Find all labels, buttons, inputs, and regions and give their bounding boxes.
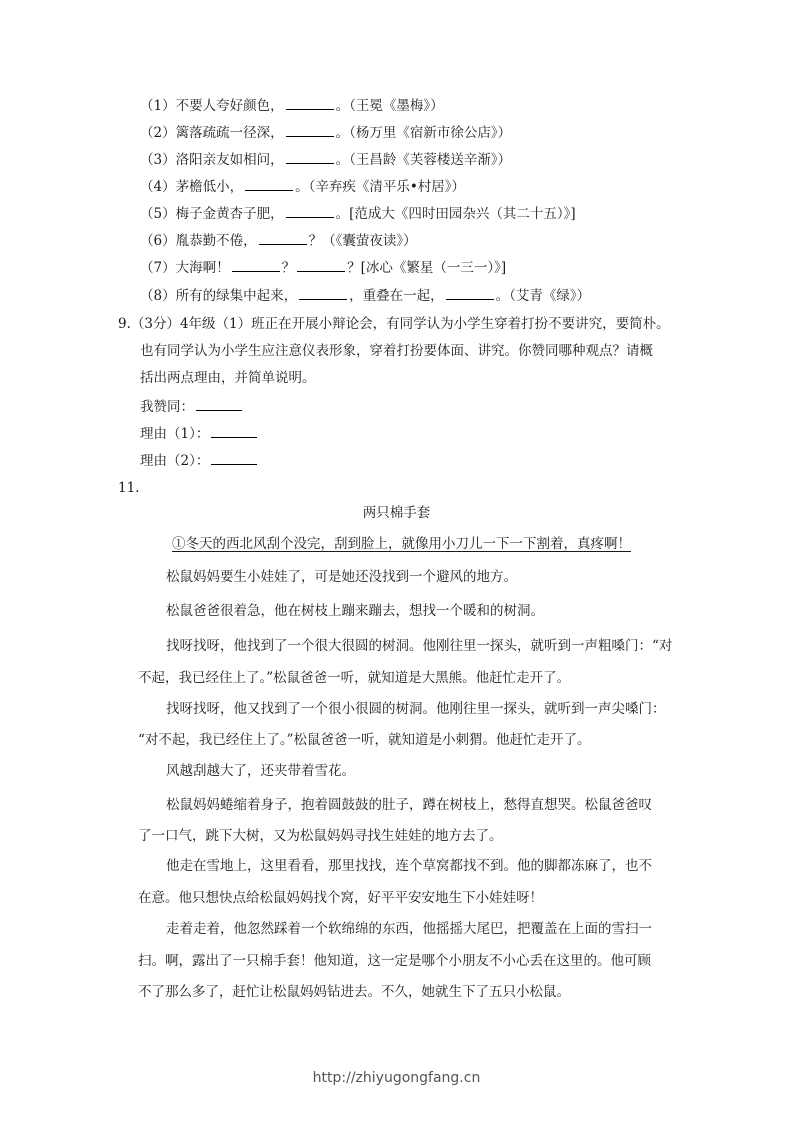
item-prompt: 大海啊！: [176, 260, 230, 276]
q9-reason2: 理由（2）：: [140, 450, 259, 471]
item-source: 。（辛弃疾《清平乐•村居》）: [295, 179, 465, 195]
passage-line-14: 扫。啊，露出了一只棉手套！他知道，这一定是哪个小朋友不小心丢在这里的。他可顾: [138, 951, 651, 971]
item-source: 。（王冕《墨梅》）: [336, 98, 444, 114]
q8-item-2: （2）篱落疏疏一径深，。（杨万里《宿新市徐公店》）: [140, 122, 511, 143]
item-prompt: 梅子金黄杏子肥，: [176, 206, 284, 222]
answer-blank[interactable]: [232, 257, 280, 272]
reason1-label: 理由（1）：: [140, 426, 209, 442]
item-number: （8）: [140, 288, 176, 304]
item-source: 。（王昌龄《芙蓉楼送辛渐》）: [336, 152, 512, 168]
item-mid: ，重叠在一起，: [349, 288, 444, 304]
q9-reason1: 理由（1）：: [140, 423, 259, 444]
item-number: （4）: [140, 179, 176, 195]
q8-item-4: （4）茅檐低小，。（辛弃疾《清平乐•村居》）: [140, 176, 465, 197]
passage-line-12: 在意。他只想快点给松鼠妈妈找个窝，好平平安安地生下小娃娃呀！: [138, 888, 543, 908]
q8-item-6: （6）胤恭勤不倦，？（《囊萤夜读》）: [140, 230, 417, 251]
passage-line-9: 松鼠妈妈蜷缩着身子，抱着圆鼓鼓的肚子，蹲在树枝上，愁得直想哭。松鼠爸爸叹: [166, 795, 652, 815]
q8-item-5: （5）梅子金黄杏子肥，。[范成大《四时田园杂兴（其二十五）》]: [140, 203, 576, 224]
q9-text-line1: 9.（3分）4年级（1）班正在开展小辩论会，有同学认为小学生穿着打扮不要讲究，要…: [118, 314, 670, 334]
passage-line-13: 走着走着，他忽然踩着一个软绵绵的东西，他摇摇大尾巴，把覆盖在上面的雪扫一: [166, 919, 652, 939]
passage-line-11: 他走在雪地上，这里看看，那里找找，连个草窝都找不到。他的脚都冻麻了，也不: [166, 856, 652, 876]
item-prompt: 不要人夸好颜色，: [176, 98, 284, 114]
passage-line-8: 风越刮越大了，还夹带着雪花。: [166, 761, 355, 781]
answer-blank[interactable]: [297, 257, 345, 272]
item-source: 。（杨万里《宿新市徐公店》）: [336, 125, 512, 141]
answer-blank[interactable]: [286, 203, 334, 218]
item-number: （5）: [140, 206, 176, 222]
passage-line-7: “对不起，我已经住上了。”松鼠爸爸一听，就知道是小刺猬。他赶忙走开了。: [138, 730, 591, 750]
answer-blank[interactable]: [286, 95, 334, 110]
footer-url: http://zhiyugongfang.cn: [0, 1070, 793, 1086]
answer-blank[interactable]: [286, 122, 334, 137]
item-punct: ？: [282, 260, 296, 276]
answer-blank[interactable]: [245, 176, 293, 191]
passage-title: 两只棉手套: [0, 503, 793, 523]
passage-line-15: 不了那么多了，赶忙让松鼠妈妈钻进去。不久，她就生下了五只小松鼠。: [138, 982, 570, 1002]
reason2-label: 理由（2）：: [140, 453, 209, 469]
answer-blank[interactable]: [259, 230, 307, 245]
q8-item-7: （7）大海啊！？？[冰心《繁星（一三一）》]: [140, 257, 506, 278]
passage-line-5: 不起，我已经住上了。”松鼠爸爸一听，就知道是大黑熊。他赶忙走开了。: [138, 668, 570, 688]
item-source: 。[范成大《四时田园杂兴（其二十五）》]: [336, 206, 576, 222]
item-source: ？（《囊萤夜读》）: [309, 233, 417, 249]
passage-line-10: 了一口气，跳下大树，又为松鼠妈妈寻找生娃娃的地方去了。: [138, 826, 503, 846]
reason2-blank[interactable]: [211, 450, 257, 465]
agree-blank[interactable]: [196, 396, 242, 411]
agree-label: 我赞同：: [140, 399, 194, 415]
q9-text-line3: 括出两点理由，并简单说明。: [140, 368, 316, 388]
item-number: （7）: [140, 260, 176, 276]
item-prompt: 篱落疏疏一径深，: [176, 125, 284, 141]
passage-line-2: 松鼠妈妈要生小娃娃了，可是她还没找到一个避风的地方。: [166, 567, 517, 587]
q8-item-8: （8）所有的绿集中起来，，重叠在一起，。（艾青《绿》）: [140, 285, 590, 306]
passage-line-1: ①冬天的西北风刮个没完，刮到脸上，就像用小刀儿一下一下割着，真疼啊！: [172, 534, 631, 554]
item-number: （1）: [140, 98, 176, 114]
reason1-blank[interactable]: [211, 423, 257, 438]
item-number: （2）: [140, 125, 176, 141]
passage-line-6: 找呀找呀，他又找到了一个很小很圆的树洞。他刚往里一探头，就听到一声尖嗓门：: [166, 699, 666, 719]
item-prompt: 所有的绿集中起来，: [176, 288, 298, 304]
q9-agree: 我赞同：: [140, 396, 244, 417]
item-source: 。（艾青《绿》）: [496, 288, 591, 304]
answer-blank[interactable]: [299, 285, 347, 300]
q8-item-1: （1）不要人夸好颜色，。（王冕《墨梅》）: [140, 95, 444, 116]
item-source: ？[冰心《繁星（一三一）》]: [347, 260, 506, 276]
passage-line-3: 松鼠爸爸很着急，他在树枝上蹦来蹦去，想找一个暖和的树洞。: [166, 601, 544, 621]
q8-item-3: （3）洛阳亲友如相问，。（王昌龄《芙蓉楼送辛渐》）: [140, 149, 511, 170]
answer-blank[interactable]: [286, 149, 334, 164]
q9-text-line2: 也有同学认为小学生应注意仪表形象，穿着打扮要体面、讲究。你赞同哪种观点？请概: [140, 341, 653, 361]
item-prompt: 洛阳亲友如相问，: [176, 152, 284, 168]
passage-line-4: 找呀找呀，他找到了一个很大很圆的树洞。他刚往里一探头，就听到一声粗嗓门：“对: [166, 636, 672, 656]
item-prompt: 茅檐低小，: [176, 179, 244, 195]
q11-number: 11.: [118, 478, 139, 498]
item-number: （6）: [140, 233, 176, 249]
answer-blank[interactable]: [446, 285, 494, 300]
item-number: （3）: [140, 152, 176, 168]
item-prompt: 胤恭勤不倦，: [176, 233, 257, 249]
